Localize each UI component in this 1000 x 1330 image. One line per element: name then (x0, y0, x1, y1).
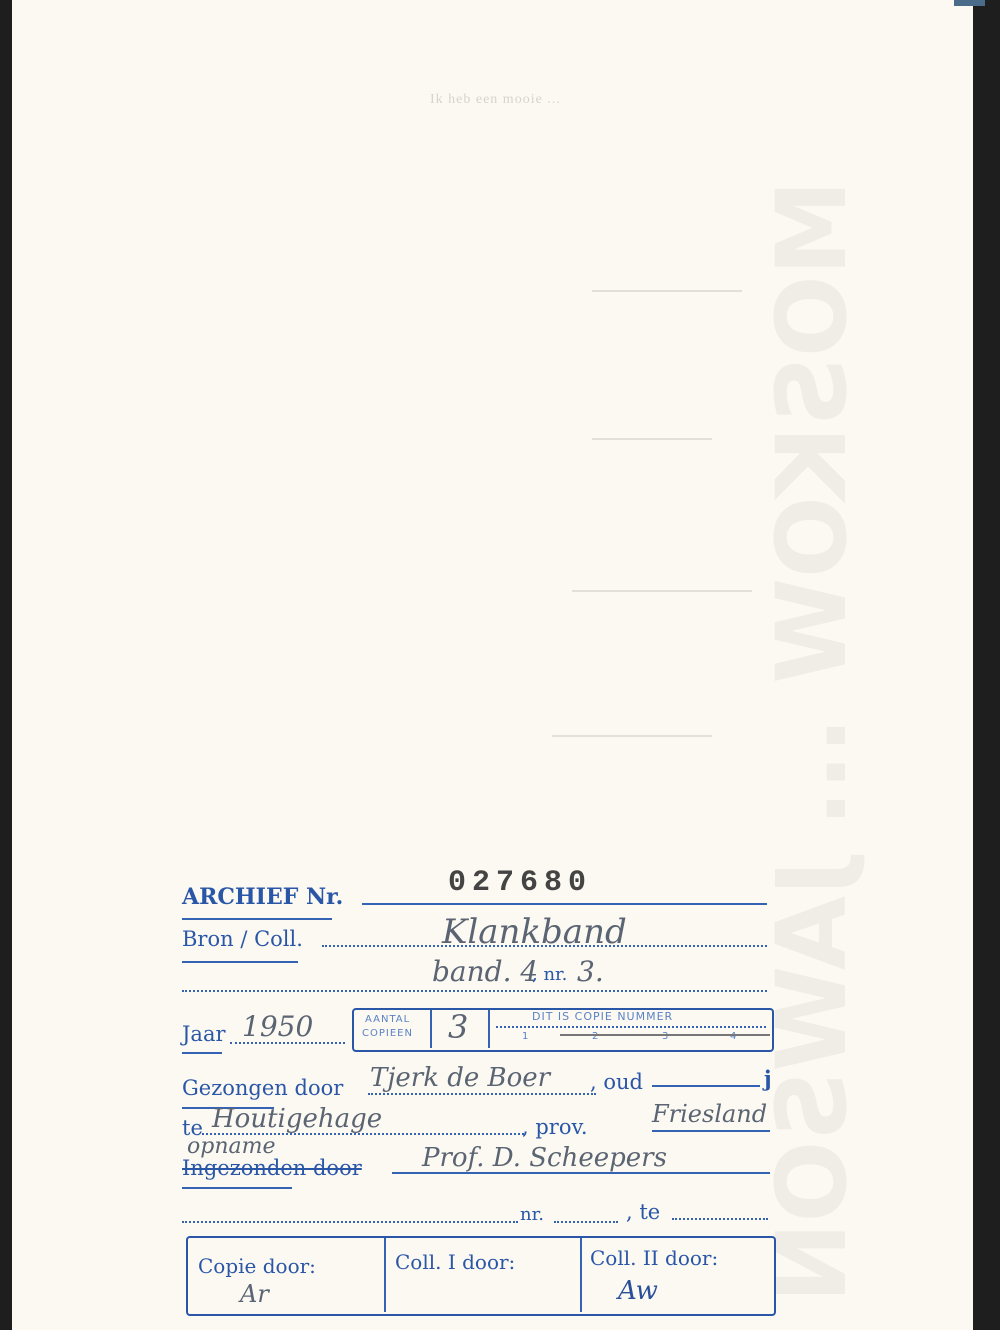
prov-label: , prov. (522, 1115, 588, 1139)
ingezonden-underline (392, 1172, 770, 1174)
copie-number-3: 3 (662, 1031, 669, 1042)
nr2-label: nr. (520, 1204, 544, 1225)
copie-nummer-rule (496, 1026, 766, 1028)
archief-number: 027680 (448, 866, 592, 900)
ingezonden-value: Prof. D. Scheepers (422, 1143, 667, 1173)
copie-number-2: 2 (592, 1031, 599, 1042)
nr-value: 3. (577, 955, 604, 988)
jaar-label: Jaar (182, 1022, 226, 1046)
band-value: band. 4 (432, 955, 538, 988)
divider (384, 1238, 386, 1312)
aantal-label: AANTAL (365, 1014, 410, 1025)
bron-underline (322, 945, 767, 947)
copie-door-label: Copie door: (198, 1254, 316, 1278)
te-value: Houtigehage (212, 1104, 382, 1134)
te2-underline (672, 1218, 768, 1220)
te2-label: , te (626, 1200, 660, 1224)
pencil-strike (560, 1034, 770, 1036)
nr2-underline (182, 1221, 518, 1223)
coll2-value: Aw (618, 1276, 658, 1306)
nr-label: , nr. (532, 964, 567, 985)
jaar-underline (230, 1042, 345, 1044)
bron-label: Bron / Coll. (182, 927, 303, 951)
ingezonden-label: Ingezonden door (182, 1156, 362, 1180)
archive-stamp: ARCHIEF Nr. 027680 Bron / Coll. Klankban… (12, 0, 973, 1330)
prov-underline (652, 1130, 770, 1132)
band-underline (182, 990, 767, 992)
coll1-label: Coll. I door: (395, 1250, 515, 1274)
rule (182, 918, 332, 920)
rule (182, 1187, 292, 1189)
nr2-value-line (554, 1221, 618, 1223)
archief-underline (362, 903, 767, 905)
copie-door-value: Ar (240, 1280, 269, 1308)
copieen-label: COPIEEN (362, 1028, 413, 1039)
gezongen-underline (368, 1093, 596, 1095)
copie-number-4: 4 (730, 1031, 737, 1042)
prov-value: Friesland (652, 1100, 767, 1128)
divider (580, 1238, 582, 1312)
gezongen-value: Tjerk de Boer (370, 1063, 550, 1093)
oud-suffix: j (764, 1066, 772, 1091)
divider (430, 1010, 432, 1048)
jaar-value: 1950 (242, 1010, 313, 1043)
aantal-copieen-value: 3 (448, 1008, 468, 1046)
gezongen-label: Gezongen door (182, 1076, 343, 1100)
copie-number-1: 1 (522, 1031, 529, 1042)
divider (488, 1010, 490, 1048)
copie-nummer-label: DIT IS COPIE NUMMER (532, 1010, 673, 1023)
coll2-label: Coll. II door: (590, 1246, 718, 1270)
rule (182, 961, 298, 963)
rule (182, 1052, 222, 1054)
archive-card: Ik heb een mooie ... MOSKOW ... JAWSON A… (12, 0, 973, 1330)
archief-label: ARCHIEF Nr. (182, 884, 343, 910)
oud-underline (652, 1085, 760, 1087)
oud-label: , oud (590, 1070, 643, 1094)
